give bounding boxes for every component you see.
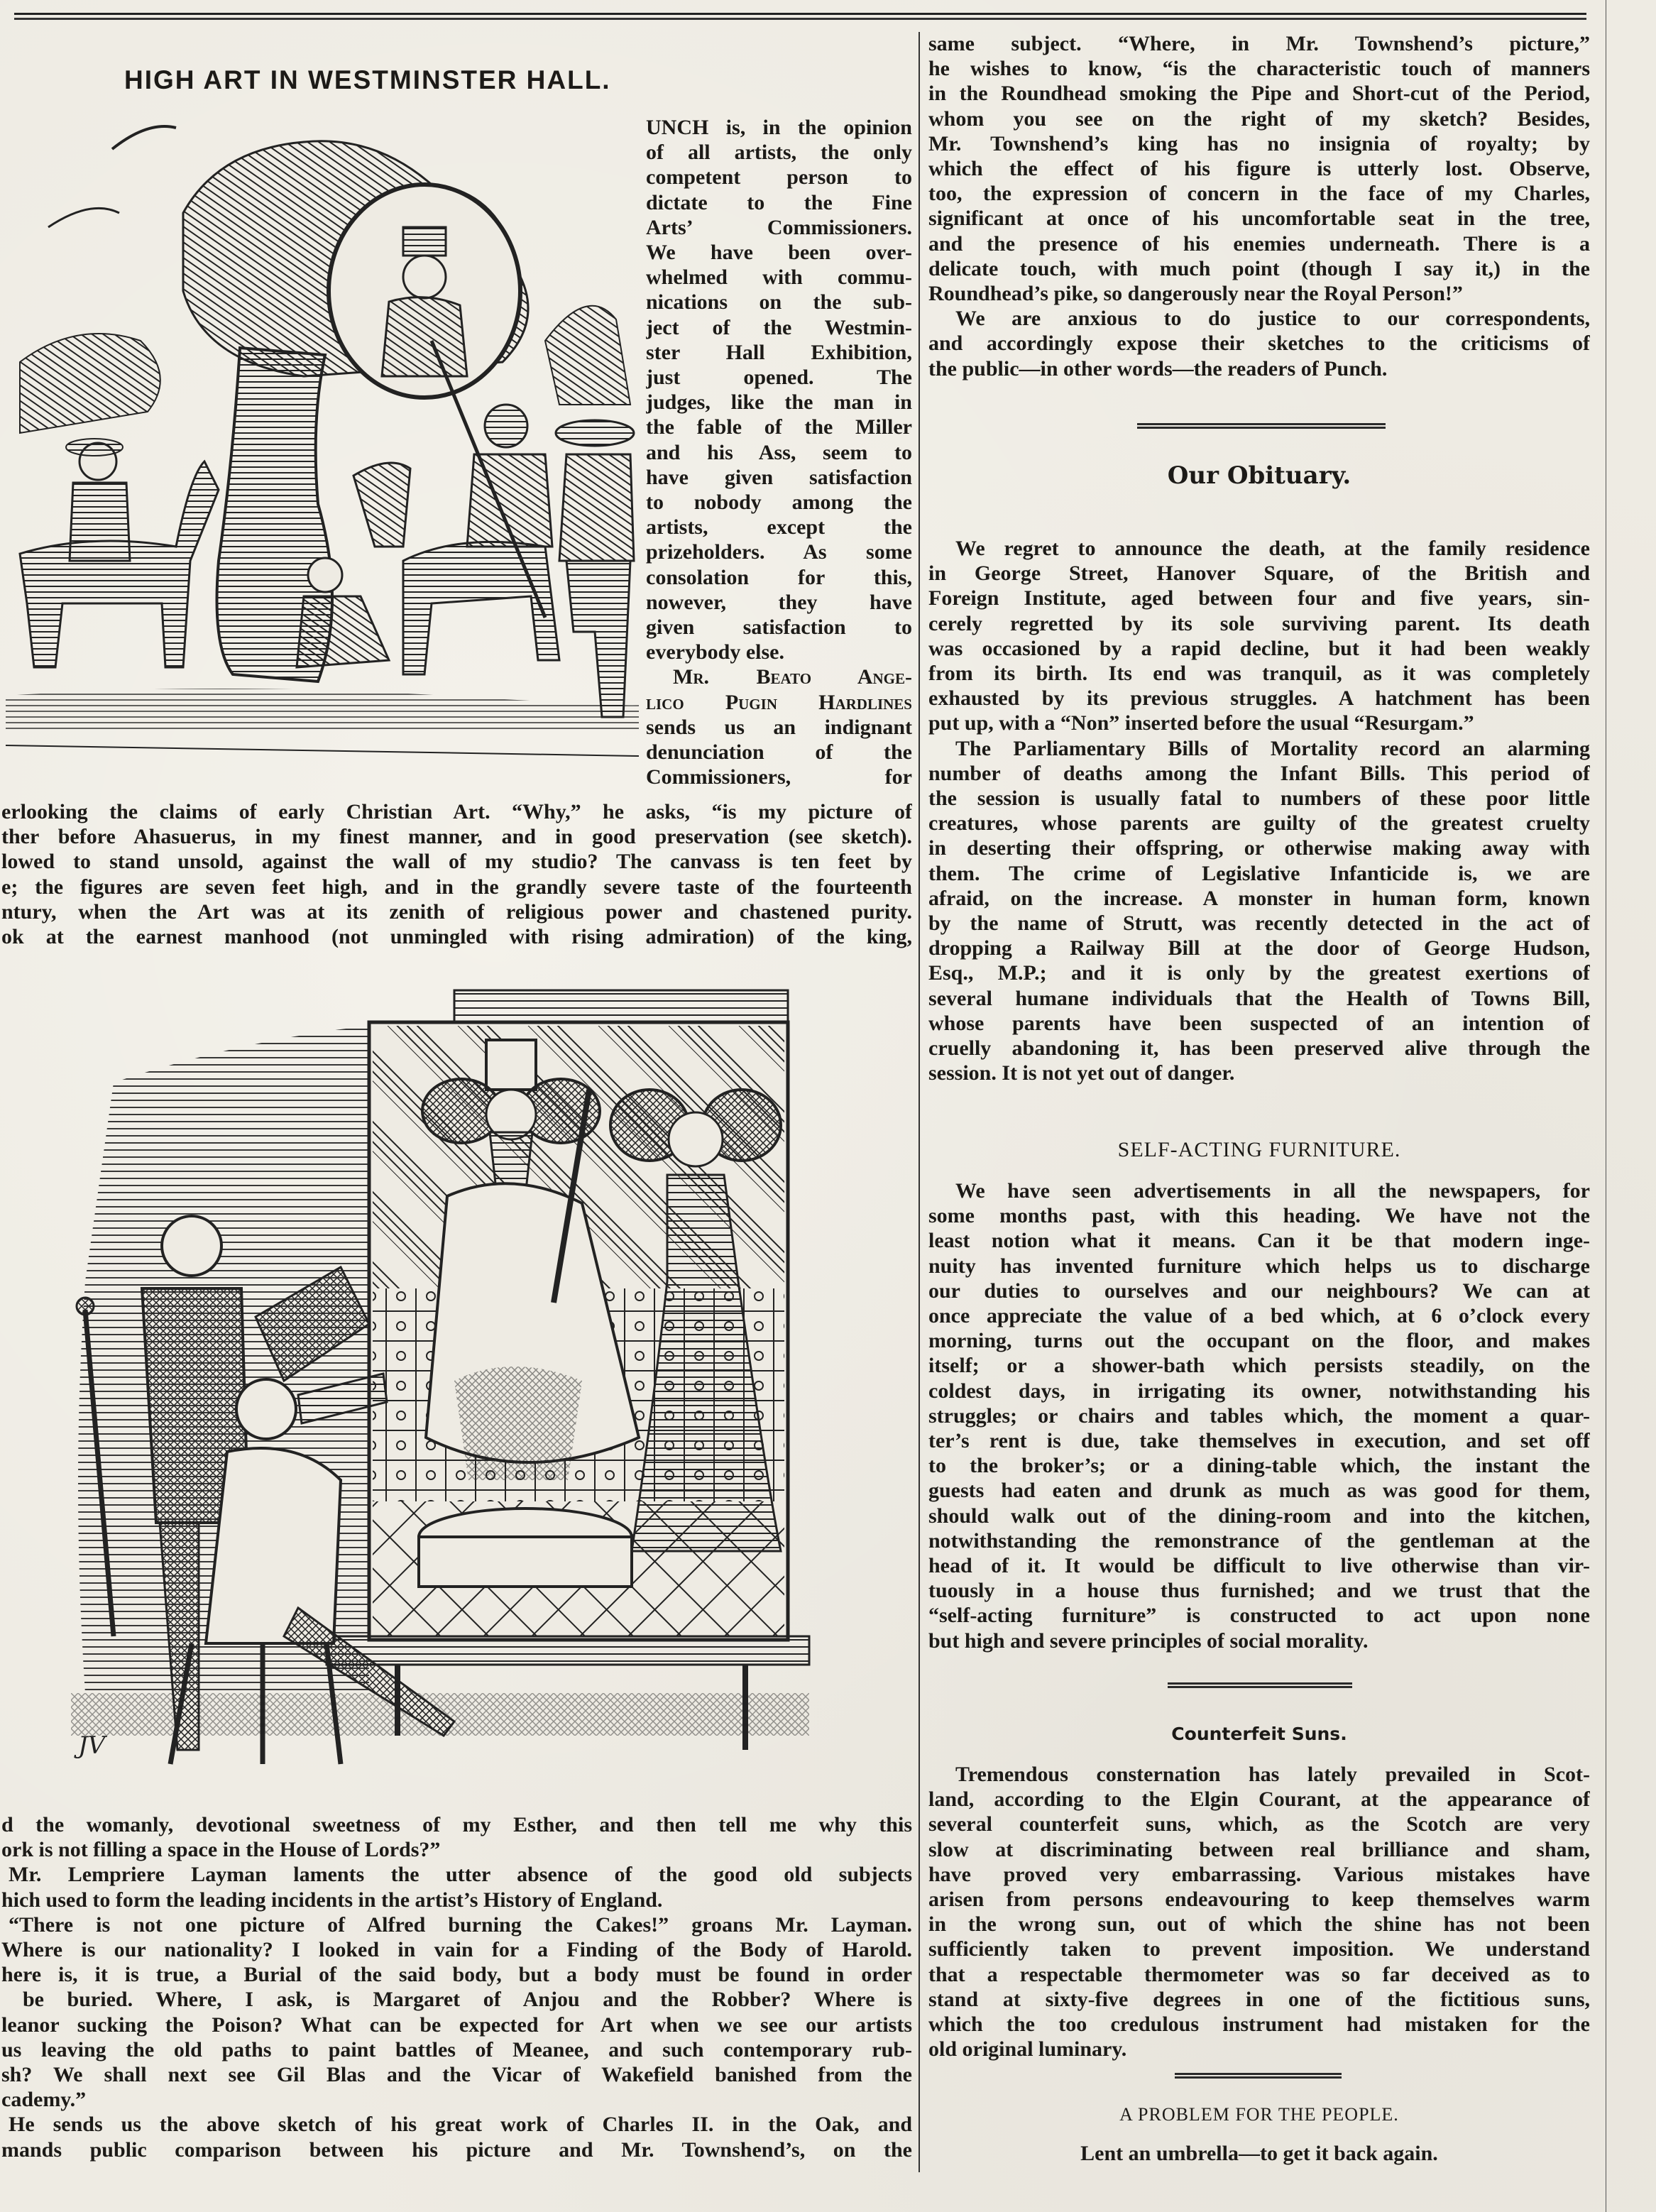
text-line: number of deaths among the Infant Bills.…: [928, 761, 1590, 786]
illustration-signature: JV: [74, 1731, 108, 1760]
text-line: d the womanly, devotional sweetness of m…: [1, 1812, 912, 1837]
text-line: the public—in other words—the readers of…: [928, 356, 1590, 381]
text-line: ork is not filling a space in the House …: [1, 1837, 912, 1862]
text-line: dictate to the Fine: [646, 190, 912, 215]
text-line: Arts’ Commissioners.: [646, 215, 912, 240]
text-line: which the too credulous instrument had m…: [928, 2012, 1590, 2037]
text-line: We have been over-: [646, 240, 912, 265]
section-divider: [1137, 423, 1386, 429]
furniture-body: We have seen advertisements in all the n…: [928, 1178, 1590, 1653]
text-line: Mr. Lempriere Layman laments the utter a…: [1, 1862, 912, 1887]
text-line: session. It is not yet out of danger.: [928, 1061, 1590, 1085]
artists-and-easel-engraving-icon: JV: [28, 983, 838, 1778]
text-line: nications on the sub-: [646, 290, 912, 314]
text-line: Tremendous consternation has lately prev…: [928, 1762, 1590, 1787]
text-line: guests had eaten and drunk as much as wa…: [928, 1478, 1590, 1503]
text-line: e; the figures are seven feet high, and …: [1, 875, 912, 899]
text-line: given satisfaction to: [646, 615, 912, 640]
top-double-rule: [14, 13, 1586, 20]
counterfeit-suns-heading: Counterfeit Suns.: [928, 1724, 1590, 1744]
text-line: us leaving the old paths to paint battle…: [1, 2037, 912, 2062]
text-line: Commissioners, for: [646, 765, 912, 789]
text-line: and the presence of his enemies undernea…: [928, 231, 1590, 256]
text-line: struggles; or chairs and tables which, t…: [928, 1403, 1590, 1428]
text-line: Mr. Beato Ange-: [646, 664, 912, 689]
text-line: consolation for this,: [646, 565, 912, 590]
text-line: We are anxious to do justice to our corr…: [928, 306, 1590, 331]
text-line: old original luminary.: [928, 2037, 1590, 2062]
wide-text-block-2: d the womanly, devotional sweetness of m…: [1, 1812, 912, 2162]
text-line: exhausted by its previous struggles. A h…: [928, 686, 1590, 711]
section-divider: [1175, 2073, 1342, 2079]
text-line: everybody else.: [646, 640, 912, 664]
text-line: Where is our nationality? I looked in va…: [1, 1937, 912, 1962]
wide-text-block-1: erlooking the claims of early Christian …: [1, 799, 912, 949]
problem-text: Lent an umbrella—to get it back again.: [928, 2142, 1590, 2166]
text-line: “self-acting furniture” is constructed t…: [928, 1603, 1590, 1628]
text-line: delicate touch, with much point (though …: [928, 256, 1590, 281]
text-line: by the name of Strutt, was recently dete…: [928, 911, 1590, 936]
text-line: to nobody among the: [646, 490, 912, 515]
text-line: sh? We shall next see Gil Blas and the V…: [1, 2062, 912, 2087]
counterfeit-suns-body: Tremendous consternation has lately prev…: [928, 1762, 1590, 2062]
text-line: whom you see on the right of my sketch? …: [928, 106, 1590, 131]
text-line: The Parliamentary Bills of Mortality rec…: [928, 736, 1590, 761]
text-line: mands public comparison between his pict…: [1, 2137, 912, 2162]
text-line: ok at the earnest manhood (not unmingled…: [1, 924, 912, 949]
page-edge-line: [1606, 0, 1606, 2212]
intro-column: UNCH is, in the opinion of all artists, …: [646, 115, 912, 789]
text-line: land, according to the Elgin Courant, at…: [928, 1787, 1590, 1812]
text-line: judges, like the man in: [646, 390, 912, 415]
text-line: arisen from persons endeavouring to keep…: [928, 1887, 1590, 1912]
text-line: the fable of the Miller: [646, 415, 912, 439]
text-line: once appreciate the value of a bed which…: [928, 1303, 1590, 1328]
text-line: of all artists, the only: [646, 140, 912, 165]
text-line: notwithstanding the remonstrance of the …: [928, 1528, 1590, 1553]
text-line: “There is not one picture of Alfred burn…: [1, 1912, 912, 1937]
text-line: our duties to ourselves and our neighbou…: [928, 1279, 1590, 1303]
text-line: he wishes to know, “is the characteristi…: [928, 56, 1590, 81]
text-line: significant at once of his uncomfortable…: [928, 206, 1590, 231]
text-line: ster Hall Exhibition,: [646, 340, 912, 365]
text-line: should walk out of the dining-room and i…: [928, 1504, 1590, 1528]
text-line: creatures, whose parents are guilty of t…: [928, 811, 1590, 836]
text-line: competent person to: [646, 165, 912, 190]
text-line: in the Roundhead smoking the Pipe and Sh…: [928, 81, 1590, 106]
text-line: least notion what it means. Can it be th…: [928, 1228, 1590, 1253]
text-line: in deserting their offspring, or otherwi…: [928, 836, 1590, 860]
text-line: denunciation of the: [646, 740, 912, 765]
text-line: Roundhead’s pike, so dangerously near th…: [928, 281, 1590, 306]
text-line: lico Pugin Hardlines: [646, 690, 912, 715]
text-line: be buried. Where, I ask, is Margaret of …: [1, 1987, 912, 2012]
text-line: afraid, on the increase. A monster in hu…: [928, 886, 1590, 911]
text-line: from its birth. Its end was tranquil, as…: [928, 661, 1590, 686]
text-line: tuously in a house thus furnished; and w…: [928, 1578, 1590, 1603]
furniture-heading: SELF-ACTING FURNITURE.: [928, 1138, 1590, 1162]
text-line: prizeholders. As some: [646, 540, 912, 564]
text-line: was occasioned by a rapid decline, but i…: [928, 636, 1590, 661]
column-divider: [919, 32, 920, 2172]
text-line: erlooking the claims of early Christian …: [1, 799, 912, 824]
text-line: put up, with a “Non” inserted before the…: [928, 711, 1590, 735]
text-line: artists, except the: [646, 515, 912, 540]
text-line: We regret to announce the death, at the …: [928, 536, 1590, 561]
text-line: cruelly abandoning it, has been preserve…: [928, 1036, 1590, 1061]
text-line: whose parents have been suspected of an …: [928, 1011, 1590, 1036]
text-line: to the broker’s; or a dining-table which…: [928, 1453, 1590, 1478]
text-line: morning, turns out the occupant on the f…: [928, 1328, 1590, 1353]
text-line: here is, it is true, a Burial of the sai…: [1, 1962, 912, 1987]
easel-painting-illustration: JV: [28, 983, 838, 1778]
text-line: lowed to stand unsold, against the wall …: [1, 849, 912, 874]
right-column-continued: same subject. “Where, in Mr. Townshend’s…: [928, 31, 1590, 381]
text-line: whelmed with commu-: [646, 265, 912, 290]
text-line: some months past, with this heading. We …: [928, 1203, 1590, 1228]
text-line: ther before Ahasuerus, in my finest mann…: [1, 824, 912, 849]
obituary-heading: Our Obituary.: [928, 461, 1590, 490]
text-line: slow at discriminating between real bril…: [928, 1837, 1590, 1862]
text-line: coldest days, in irrigating its owner, n…: [928, 1379, 1590, 1403]
text-line: that a respectable thermometer was so fa…: [928, 1962, 1590, 1987]
text-line: dropping a Railway Bill at the door of G…: [928, 936, 1590, 960]
article-title: HIGH ART IN WESTMINSTER HALL.: [124, 65, 777, 95]
text-line: and accordingly expose their sketches to…: [928, 331, 1590, 356]
text-line: Foreign Institute, aged between four and…: [928, 586, 1590, 611]
text-line: same subject. “Where, in Mr. Townshend’s…: [928, 31, 1590, 56]
text-line: in George Street, Hanover Square, of the…: [928, 561, 1590, 586]
text-line: them. The crime of Legislative Infantici…: [928, 861, 1590, 886]
text-line: too, the expression of concern in the fa…: [928, 181, 1590, 206]
text-line: stand at sixty-five degrees in one of th…: [928, 1987, 1590, 2012]
text-line: several counterfeit suns, which, as the …: [928, 1812, 1590, 1836]
text-line: ject of the Westmin-: [646, 315, 912, 340]
text-line: and his Ass, seem to: [646, 440, 912, 465]
text-line: He sends us the above sketch of his grea…: [1, 2112, 912, 2137]
text-line: the session is usually fatal to numbers …: [928, 786, 1590, 811]
drop-cap-illustration: [6, 106, 639, 763]
text-line: leanor sucking the Poison? What can be e…: [1, 2013, 912, 2037]
text-line: nuity has invented furniture which helps…: [928, 1254, 1590, 1279]
text-line: nowever, they have: [646, 590, 912, 615]
obituary-body: We regret to announce the death, at the …: [928, 536, 1590, 1085]
text-line: itself; or a shower-bath which persists …: [928, 1353, 1590, 1378]
section-divider: [1168, 1682, 1352, 1688]
text-line: sends us an indignant: [646, 715, 912, 740]
problem-heading: A PROBLEM FOR THE PEOPLE.: [928, 2104, 1590, 2125]
oak-tree-woodcut-icon: [6, 106, 639, 763]
text-line: ntury, when the Art was at its zenith of…: [1, 899, 912, 924]
text-line: just opened. The: [646, 365, 912, 390]
text-line: which the effect of his figure is utterl…: [928, 156, 1590, 181]
text-line: cademy.”: [1, 2087, 912, 2112]
text-line: Esq., M.P.; and it is only by the greate…: [928, 960, 1590, 985]
text-line: UNCH is, in the opinion: [646, 115, 912, 140]
text-line: several humane individuals that the Heal…: [928, 986, 1590, 1011]
text-line: hich used to form the leading incidents …: [1, 1888, 912, 1912]
text-line: Mr. Townshend’s king has no insignia of …: [928, 131, 1590, 156]
text-line: have given satisfaction: [646, 465, 912, 490]
text-line: but high and severe principles of social…: [928, 1628, 1590, 1653]
text-line: We have seen advertisements in all the n…: [928, 1178, 1590, 1203]
text-line: cerely regretted by its sole surviving p…: [928, 611, 1590, 636]
text-line: sufficiently taken to prevent imposition…: [928, 1937, 1590, 1961]
text-line: ter’s rent is due, take themselves in ex…: [928, 1428, 1590, 1453]
text-line: have proved very embarrassing. Various m…: [928, 1862, 1590, 1887]
text-line: in the wrong sun, out of which the shine…: [928, 1912, 1590, 1937]
text-line: head of it. It would be difficult to liv…: [928, 1553, 1590, 1578]
